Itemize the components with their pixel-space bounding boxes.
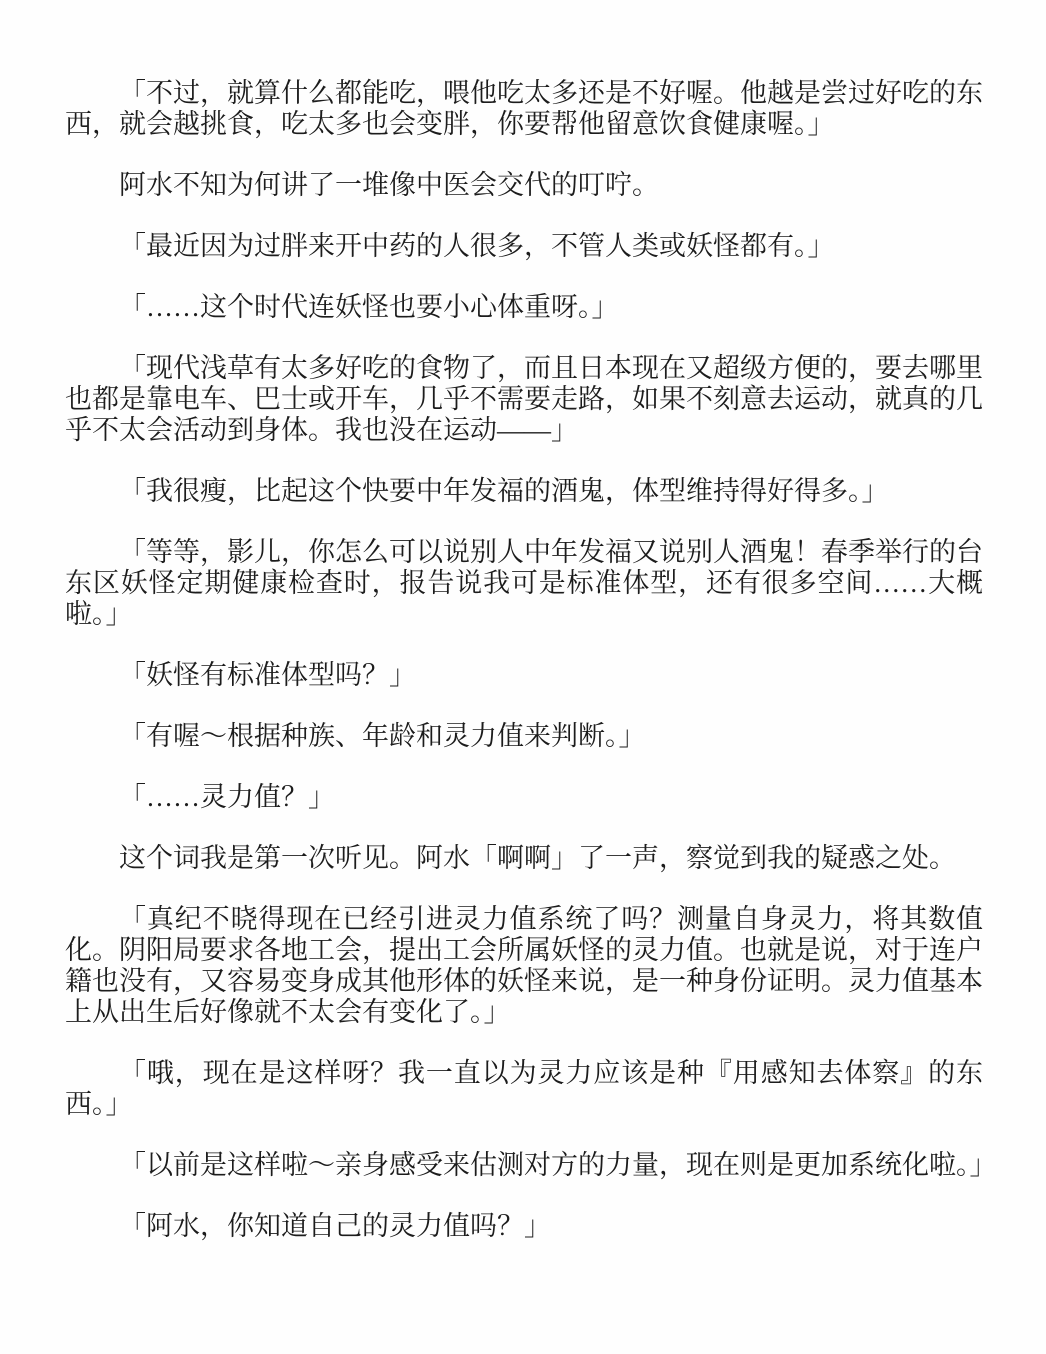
paragraph: 「以前是这样啦～亲身感受来估测对方的力量，现在则是更加系统化啦。」 <box>65 1150 983 1181</box>
paragraph: 「有喔～根据种族、年龄和灵力值来判断。」 <box>65 721 983 752</box>
paragraph: 「……灵力值？」 <box>65 782 983 813</box>
paragraph: 「真纪不晓得现在已经引进灵力值系统了吗？测量自身灵力，将其数值化。阴阳局要求各地… <box>65 904 983 1028</box>
novel-page: 「不过，就算什么都能吃，喂他吃太多还是不好喔。他越是尝过好吃的东西，就会越挑食，… <box>0 0 1046 1354</box>
paragraph: 「……这个时代连妖怪也要小心体重呀。」 <box>65 292 983 323</box>
paragraph: 「最近因为过胖来开中药的人很多，不管人类或妖怪都有。」 <box>65 231 983 262</box>
paragraph: 「我很瘦，比起这个快要中年发福的酒鬼，体型维持得好得多。」 <box>65 476 983 507</box>
paragraph: 「哦，现在是这样呀？我一直以为灵力应该是种『用感知去体察』的东西。」 <box>65 1058 983 1120</box>
paragraph: 「不过，就算什么都能吃，喂他吃太多还是不好喔。他越是尝过好吃的东西，就会越挑食，… <box>65 78 983 140</box>
paragraph: 阿水不知为何讲了一堆像中医会交代的叮咛。 <box>65 170 983 201</box>
paragraph: 「等等，影儿，你怎么可以说别人中年发福又说别人酒鬼！春季举行的台东区妖怪定期健康… <box>65 537 983 630</box>
paragraph: 「阿水，你知道自己的灵力值吗？」 <box>65 1211 983 1242</box>
paragraph: 「现代浅草有太多好吃的食物了，而且日本现在又超级方便的，要去哪里也都是靠电车、巴… <box>65 353 983 446</box>
paragraph: 这个词我是第一次听见。阿水「啊啊」了一声，察觉到我的疑惑之处。 <box>65 843 983 874</box>
paragraph: 「妖怪有标准体型吗？」 <box>65 660 983 691</box>
